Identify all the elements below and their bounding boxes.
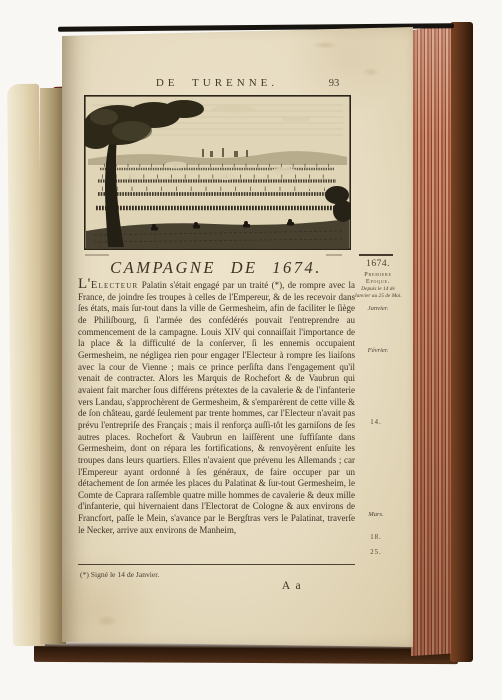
margin-note-janvier: Janvier. [356,305,400,313]
engraver-credit-left [85,254,109,256]
page-content: DE TURENNE. 93 [62,27,413,647]
engraving-plate [84,95,351,250]
foxing-spot [96,615,118,627]
margin-note-epoque: Premiere Epoque. [355,271,401,286]
margin-note-epoque-range: Depuis le 14 de Janvier au 25 de Mai. [353,286,403,300]
running-title: DE TURENNE. [102,77,332,89]
campaign-heading: CAMPAGNE DE 1674. [68,258,364,278]
footnote-rule [78,564,355,565]
margin-note-day-18: 18. [358,534,394,542]
footnote-text: (*) Signé le 14 de Janvier. [80,570,300,579]
margin-note-year: 1674. [356,259,400,270]
margin-note-day-25: 25. [358,549,394,557]
paragraph-text: Palatin s'était engagé par un traité (*)… [78,280,355,535]
battle-panorama-engraving [84,95,351,250]
page-number: 93 [314,78,354,89]
leather-cover [450,22,473,662]
lead-word: Electeur [91,280,139,291]
body-paragraph: L'Electeur Palatin s'était engagé par un… [78,280,355,536]
lead-initial: L' [78,276,91,292]
foxing-spot [312,41,338,49]
margin-note-day-14: 14. [358,419,394,427]
margin-rule [359,254,393,256]
signature-mark: A a [272,580,312,592]
foxing-spot [362,67,380,77]
engraver-credit-right [326,254,342,256]
margin-note-mars: Mars. [356,511,396,519]
book-page: DE TURENNE. 93 [62,27,413,647]
page-fore-edge [411,24,451,656]
margin-note-fevrier: Février. [356,347,400,355]
